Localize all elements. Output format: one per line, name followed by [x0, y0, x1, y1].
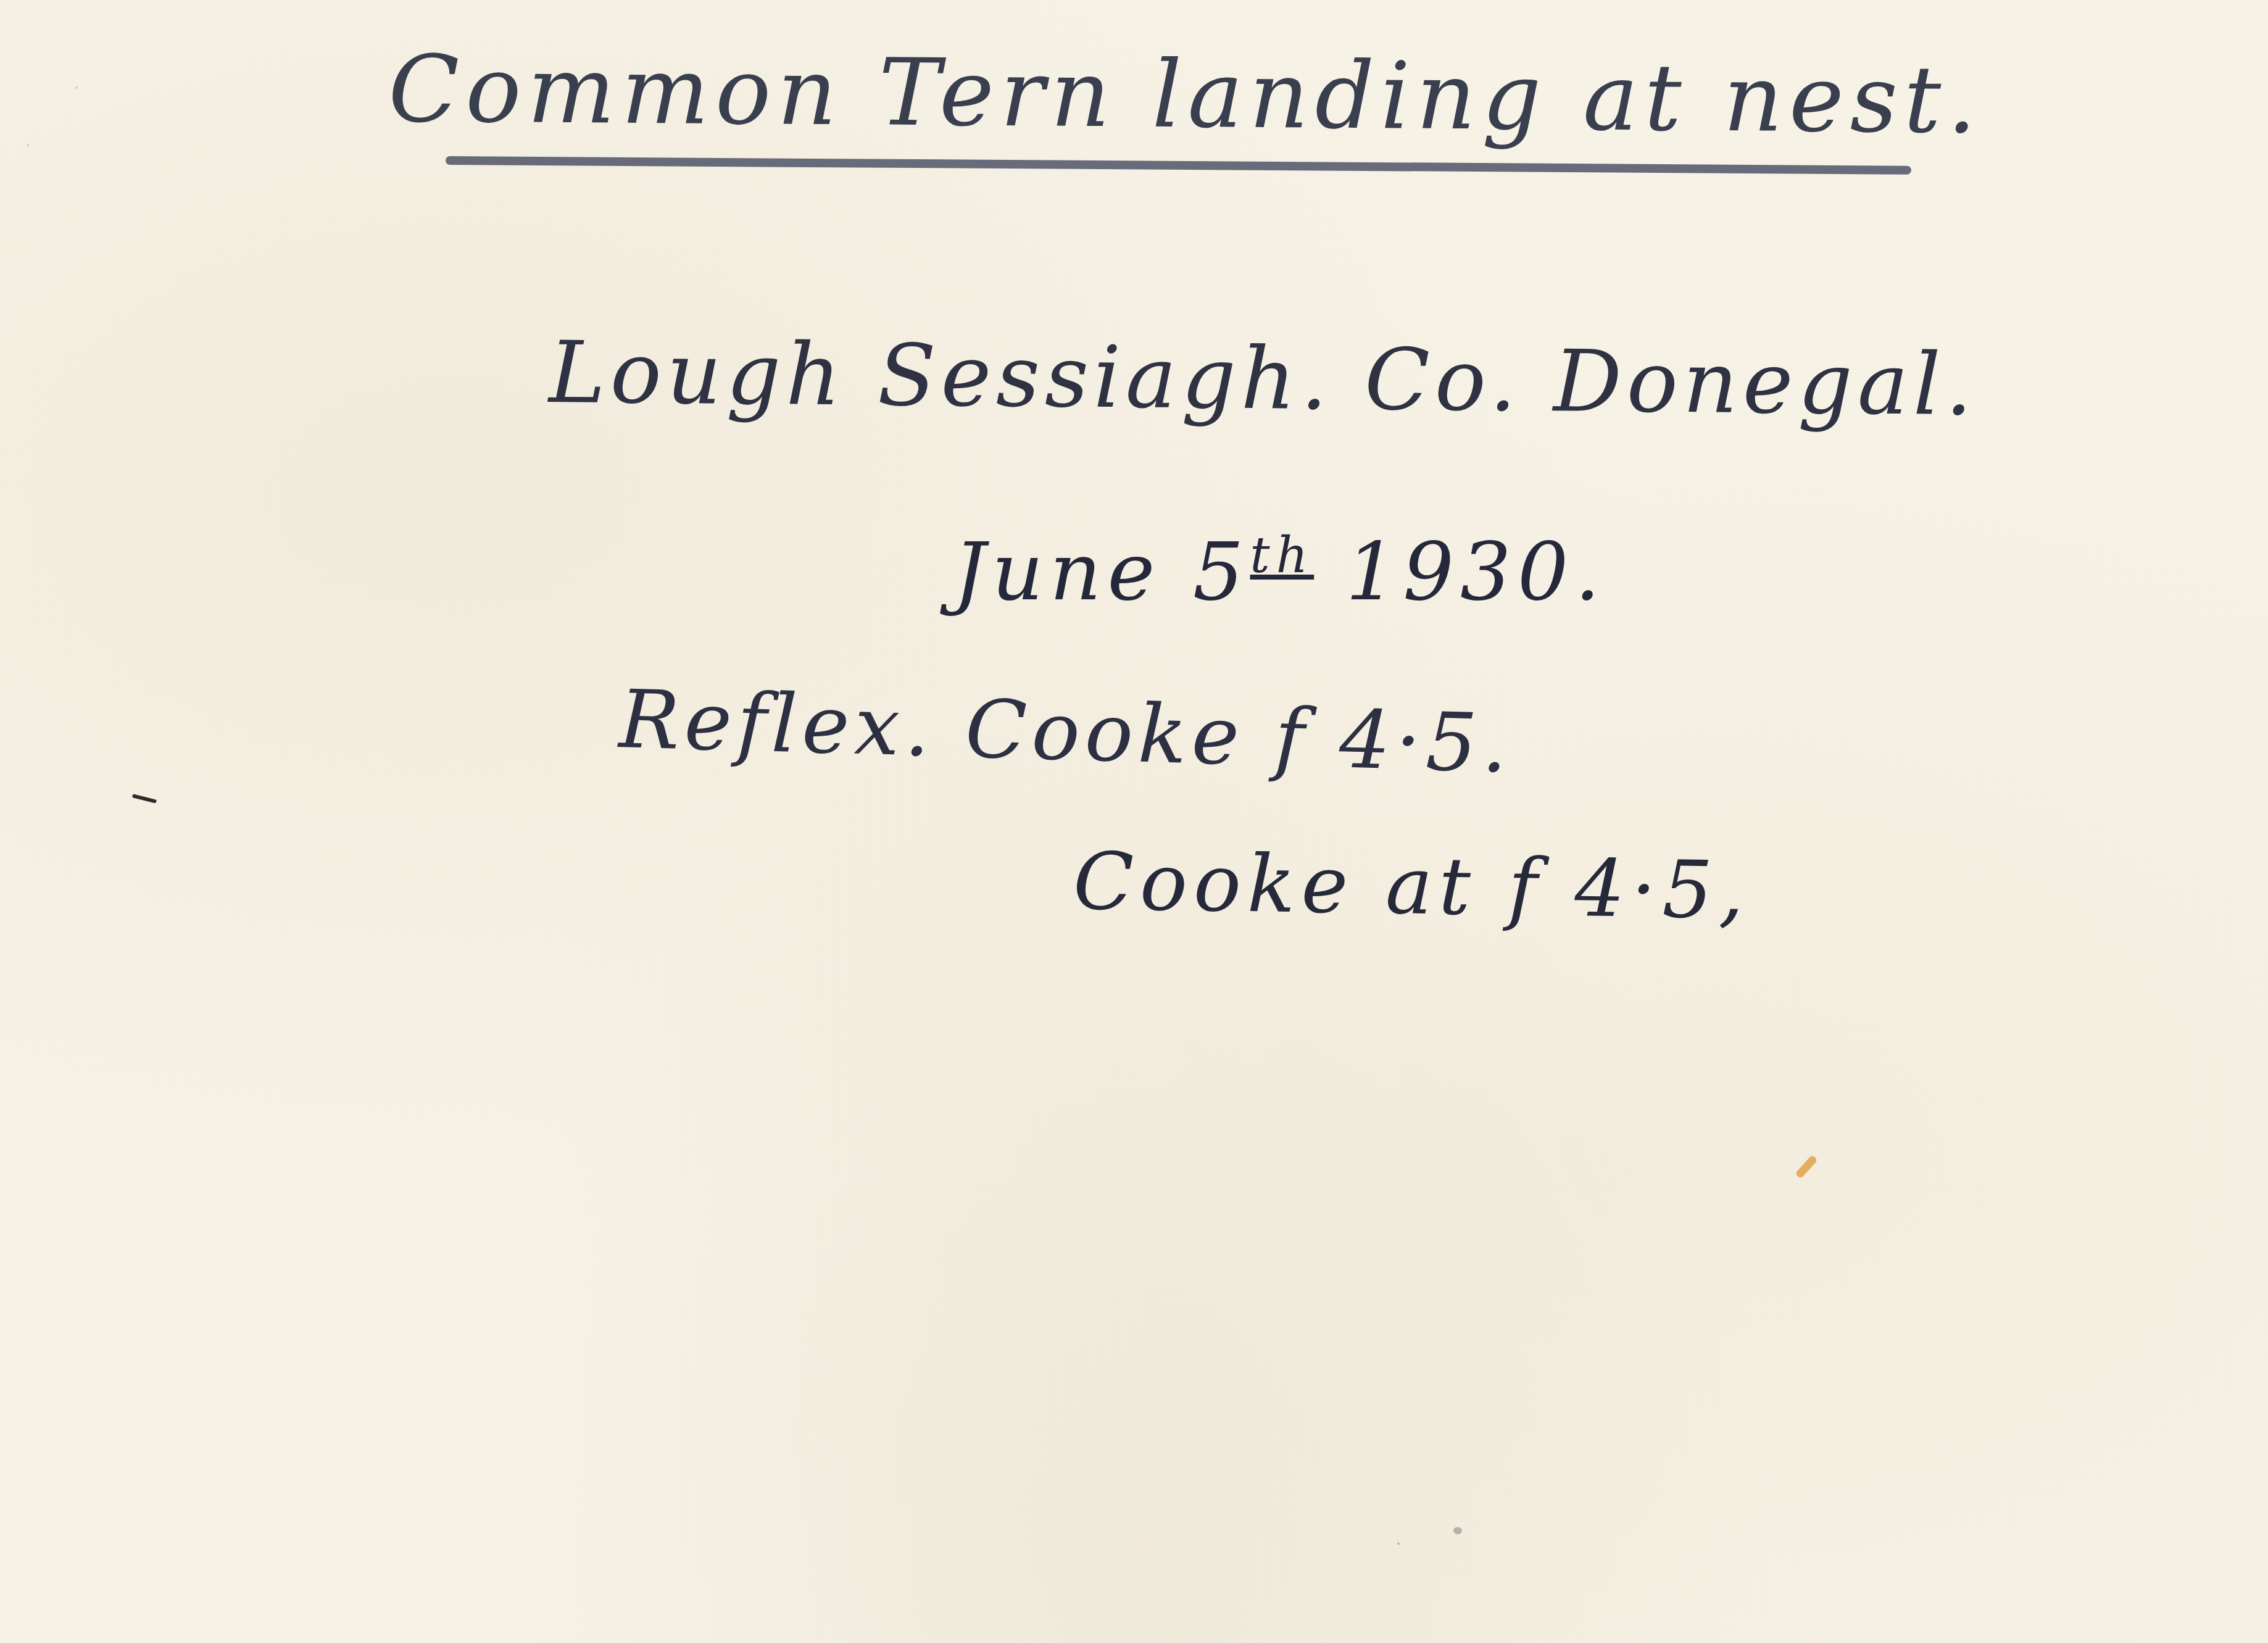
- aperture-note-line: Cooke at f 4·5,: [1073, 842, 1750, 931]
- date-line: June 5th 1930.: [953, 531, 1606, 612]
- orange-stain-mark: [1795, 1155, 1818, 1179]
- ink-speck: [1453, 1527, 1462, 1534]
- paper-speck: [27, 144, 29, 146]
- paper-speck: [75, 86, 78, 89]
- margin-pencil-dash: [132, 794, 157, 803]
- ink-speck: [1397, 1542, 1400, 1545]
- date-ordinal: th: [1250, 526, 1315, 584]
- title-underline: [446, 156, 1911, 175]
- date-year: 1930.: [1314, 525, 1606, 618]
- location-line: Lough Sessiagh. Co. Donegal.: [549, 330, 1978, 428]
- card-title: Common Tern landing at nest.: [388, 43, 1983, 147]
- date-day: June 5: [953, 525, 1250, 618]
- handwritten-index-card: Common Tern landing at nest. Lough Sessi…: [0, 0, 2268, 1643]
- camera-note-line: Reflex. Cooke f 4·5.: [618, 679, 1513, 784]
